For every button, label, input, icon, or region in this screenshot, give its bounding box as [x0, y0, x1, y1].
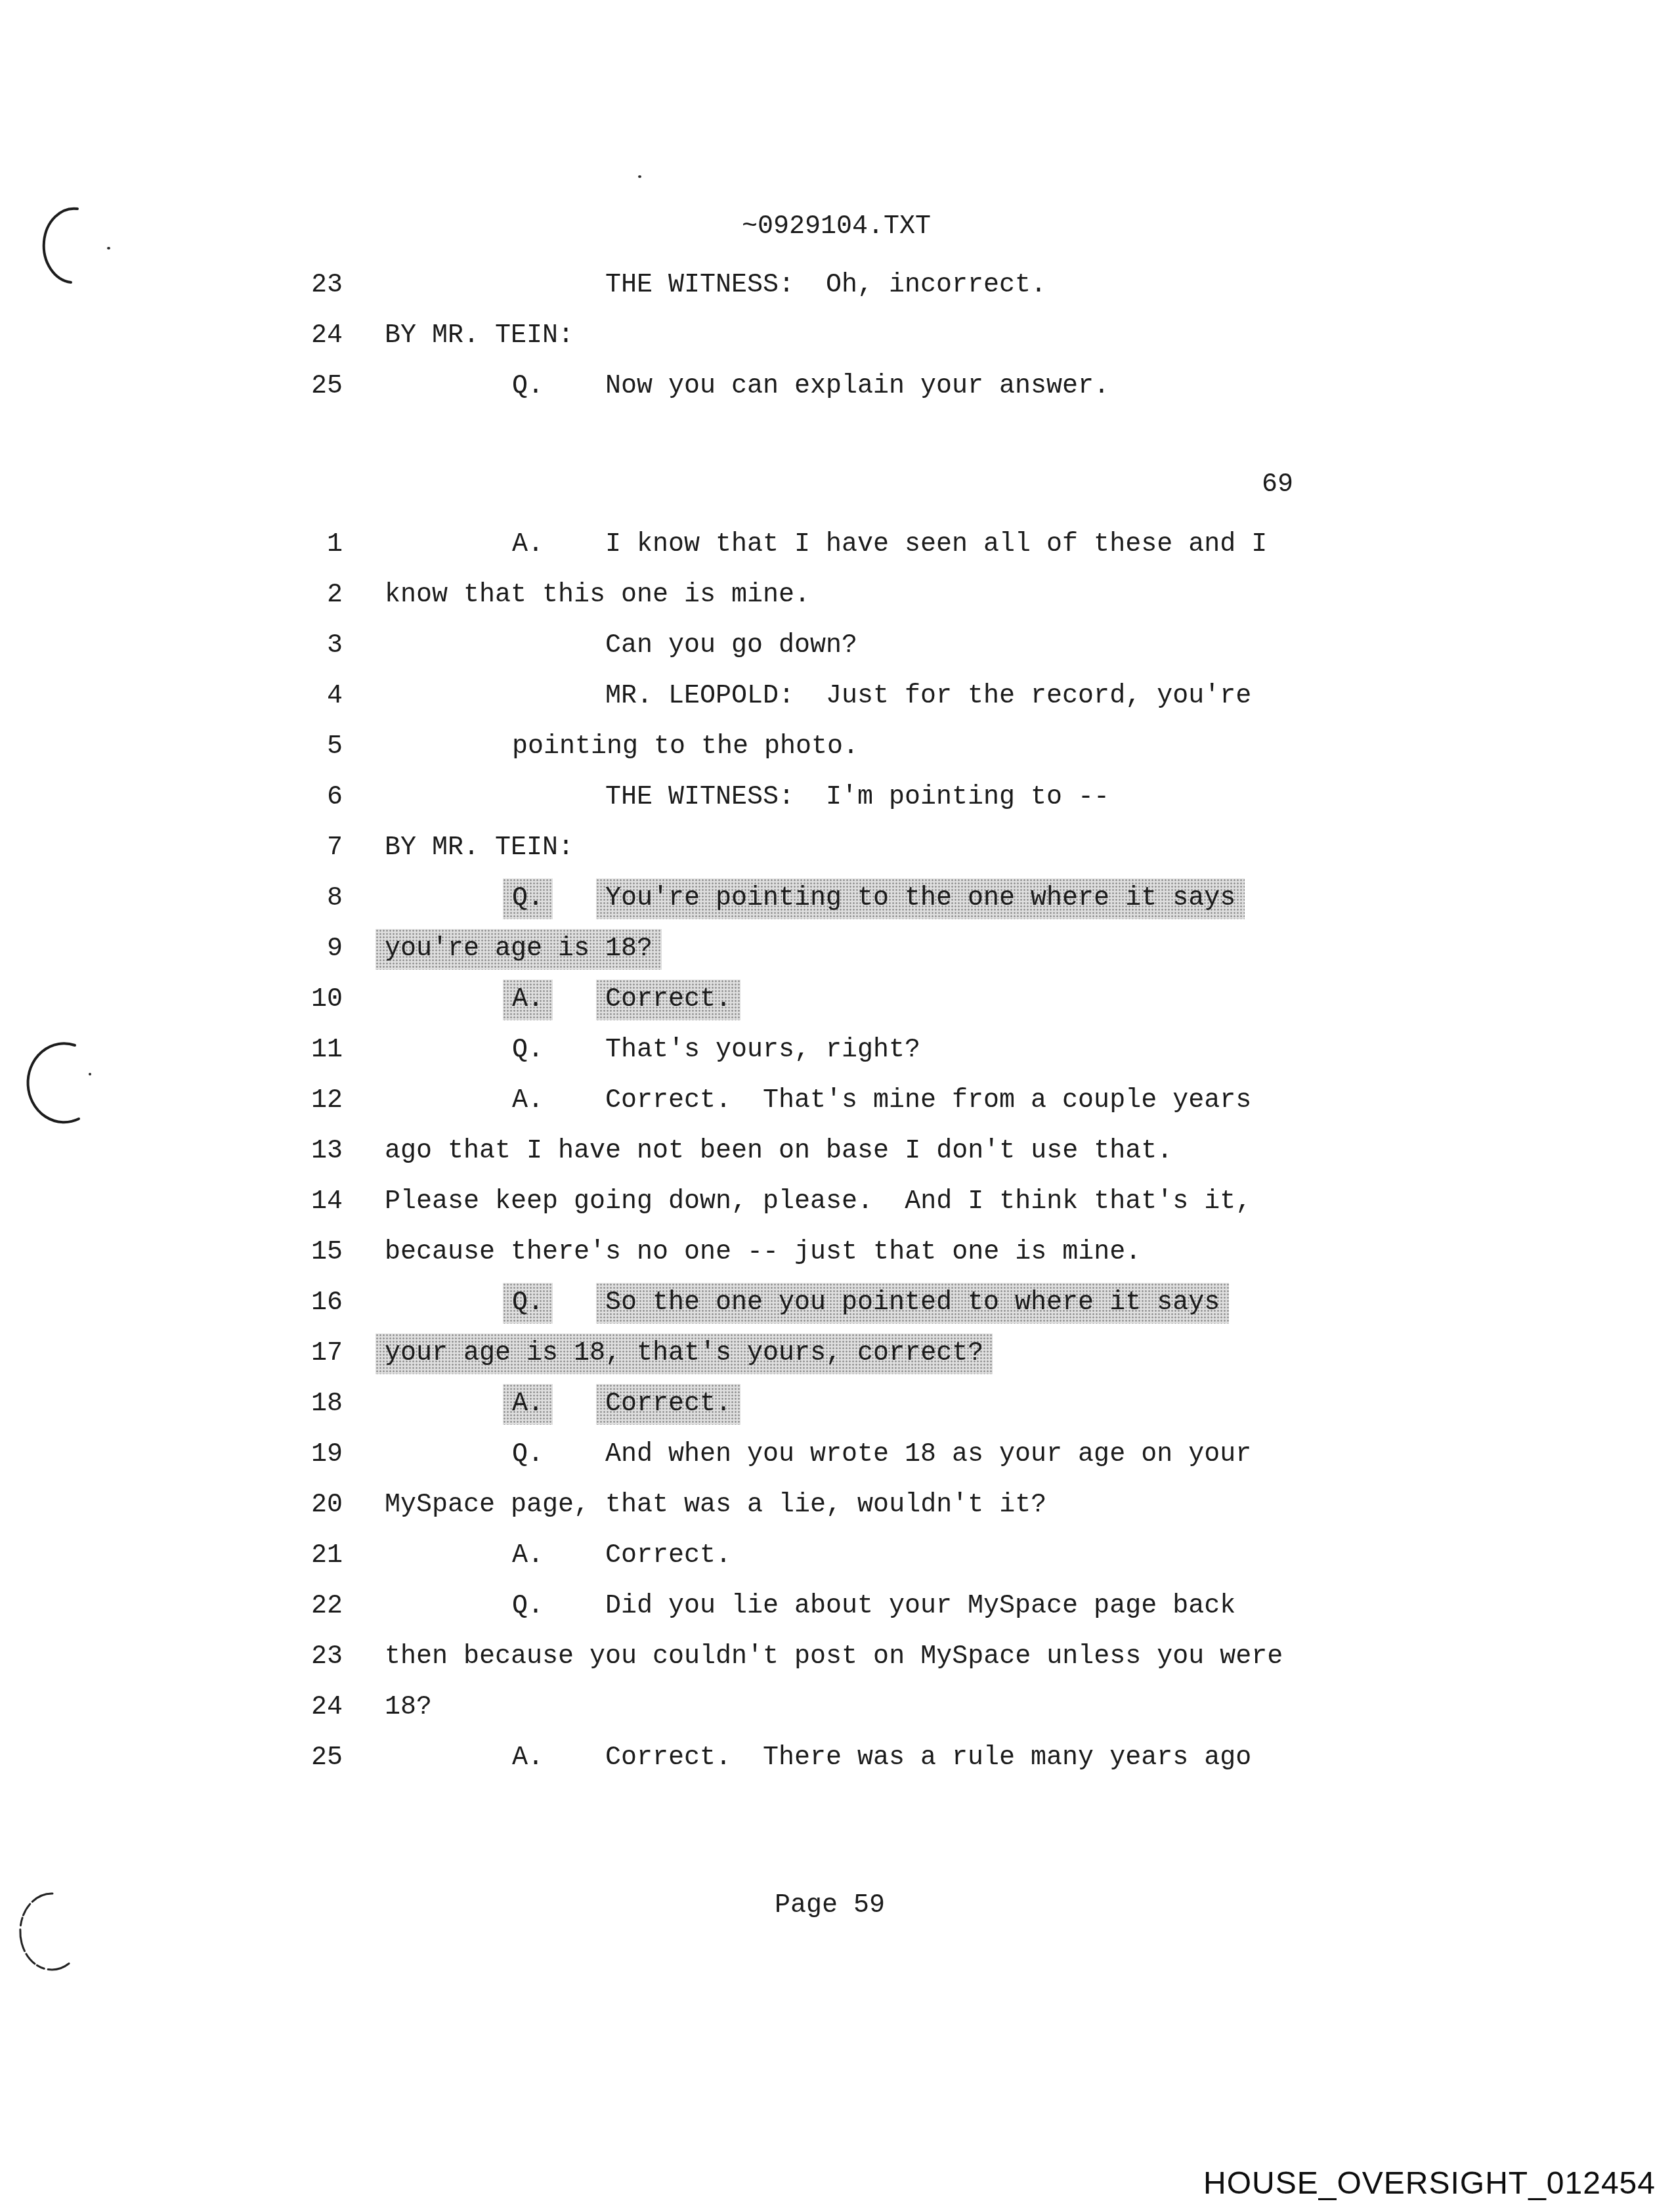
qa-marker: Q. — [503, 1030, 553, 1071]
scan-speck — [638, 175, 641, 178]
highlighted-text: you're age is 18? — [376, 929, 662, 970]
document-filename: ~0929104.TXT — [742, 212, 931, 242]
line-text: pointing to the photo. — [503, 727, 868, 768]
line-number: 17 — [269, 1334, 343, 1374]
transcript-line: 21 A. Correct. — [0, 1536, 1674, 1586]
line-number: 11 — [269, 1030, 343, 1071]
qa-marker: A. — [503, 1536, 553, 1576]
previous-page-lines: 23 THE WITNESS: Oh, incorrect. 24 BY MR.… — [0, 265, 1674, 417]
transcript-line: 2 know that this one is mine. — [0, 575, 1674, 626]
transcript-line: 23 then because you couldn't post on MyS… — [0, 1637, 1674, 1687]
line-text: BY MR. TEIN: — [376, 316, 583, 357]
transcript-line: 12 A. Correct. That's mine from a couple… — [0, 1081, 1674, 1131]
line-text: know that this one is mine. — [376, 575, 819, 616]
qa-marker: A. — [503, 1081, 553, 1121]
transcript-line: 24 BY MR. TEIN: — [0, 316, 1674, 366]
line-text: then because you couldn't post on MySpac… — [376, 1637, 1292, 1678]
line-text: That's yours, right? — [596, 1030, 930, 1071]
line-number: 7 — [269, 828, 343, 869]
line-number: 3 — [269, 626, 343, 666]
line-number: 16 — [269, 1283, 343, 1324]
line-text: Did you lie about your MySpace page back — [596, 1586, 1245, 1627]
line-text: Correct. There was a rule many years ago — [596, 1738, 1260, 1779]
transcript-page: ~0929104.TXT 69 23 THE WITNESS: Oh, inco… — [0, 0, 1674, 2212]
transcript-line: 5 pointing to the photo. — [0, 727, 1674, 777]
qa-marker-highlighted: A. — [503, 1384, 553, 1425]
transcript-line: 25 A. Correct. There was a rule many yea… — [0, 1738, 1674, 1789]
line-text: THE WITNESS: Oh, incorrect. — [596, 265, 1056, 306]
line-number: 18 — [269, 1384, 343, 1425]
line-text: And when you wrote 18 as your age on you… — [596, 1435, 1260, 1475]
transcript-line: 14 Please keep going down, please. And I… — [0, 1182, 1674, 1232]
line-number: 4 — [269, 676, 343, 717]
line-number: 8 — [269, 878, 343, 919]
transcript-line-highlighted: 17 your age is 18, that's yours, correct… — [0, 1334, 1674, 1384]
transcript-line: 1 A. I know that I have seen all of thes… — [0, 525, 1674, 575]
line-text: THE WITNESS: I'm pointing to -- — [596, 777, 1119, 818]
line-number: 23 — [269, 1637, 343, 1678]
qa-marker: Q. — [503, 366, 553, 407]
line-text: 18? — [376, 1687, 441, 1728]
line-number: 23 — [269, 265, 343, 306]
line-text: BY MR. TEIN: — [376, 828, 583, 869]
transcript-line-highlighted: 9 you're age is 18? — [0, 929, 1674, 980]
line-text: I know that I have seen all of these and… — [596, 525, 1276, 565]
line-number: 9 — [269, 929, 343, 970]
line-number: 14 — [269, 1182, 343, 1223]
transcript-line: 6 THE WITNESS: I'm pointing to -- — [0, 777, 1674, 828]
transcript-line: 23 THE WITNESS: Oh, incorrect. — [0, 265, 1674, 316]
line-number: 12 — [269, 1081, 343, 1121]
line-number: 25 — [269, 366, 343, 407]
qa-marker-highlighted: Q. — [503, 1283, 553, 1324]
qa-marker: A. — [503, 1738, 553, 1779]
transcript-line: 22 Q. Did you lie about your MySpace pag… — [0, 1586, 1674, 1637]
line-number: 21 — [269, 1536, 343, 1576]
transcript-line: 7 BY MR. TEIN: — [0, 828, 1674, 878]
hole-punch-mark — [7, 1884, 102, 1980]
line-number: 19 — [269, 1435, 343, 1475]
line-number: 15 — [269, 1232, 343, 1273]
line-text: MySpace page, that was a lie, wouldn't i… — [376, 1485, 1056, 1526]
transcript-line-highlighted: 8 Q. You're pointing to the one where it… — [0, 878, 1674, 929]
line-text: MR. LEOPOLD: Just for the record, you're — [596, 676, 1260, 717]
page-footer-label: Page 59 — [775, 1891, 885, 1920]
line-number: 24 — [269, 1687, 343, 1728]
qa-marker: Q. — [503, 1586, 553, 1627]
highlighted-text: So the one you pointed to where it says — [596, 1283, 1229, 1324]
qa-marker: Q. — [503, 1435, 553, 1475]
line-number: 20 — [269, 1485, 343, 1526]
qa-marker-highlighted: Q. — [503, 878, 553, 919]
transcript-line-highlighted: 16 Q. So the one you pointed to where it… — [0, 1283, 1674, 1334]
bates-number: HOUSE_OVERSIGHT_012454 — [1203, 2165, 1656, 2201]
line-text: because there's no one -- just that one … — [376, 1232, 1150, 1273]
line-text: Correct. That's mine from a couple years — [596, 1081, 1260, 1121]
line-text: Please keep going down, please. And I th… — [376, 1182, 1260, 1223]
line-number: 25 — [269, 1738, 343, 1779]
highlighted-text: Correct. — [596, 1384, 740, 1425]
line-number: 2 — [269, 575, 343, 616]
transcript-page-number: 69 — [1262, 470, 1293, 500]
transcript-line: 13 ago that I have not been on base I do… — [0, 1131, 1674, 1182]
line-text: Can you go down? — [596, 626, 867, 666]
qa-marker-highlighted: A. — [503, 980, 553, 1020]
transcript-line-highlighted: 10 A. Correct. — [0, 980, 1674, 1030]
transcript-line: 11 Q. That's yours, right? — [0, 1030, 1674, 1081]
line-number: 5 — [269, 727, 343, 768]
transcript-line: 15 because there's no one -- just that o… — [0, 1232, 1674, 1283]
transcript-body: 1 A. I know that I have seen all of thes… — [0, 525, 1674, 1789]
highlighted-text: your age is 18, that's yours, correct? — [376, 1334, 993, 1374]
highlighted-text: Correct. — [596, 980, 740, 1020]
line-text: ago that I have not been on base I don't… — [376, 1131, 1182, 1172]
transcript-line: 20 MySpace page, that was a lie, wouldn'… — [0, 1485, 1674, 1536]
transcript-line: 24 18? — [0, 1687, 1674, 1738]
line-number: 6 — [269, 777, 343, 818]
line-number: 10 — [269, 980, 343, 1020]
transcript-line: 25 Q. Now you can explain your answer. — [0, 366, 1674, 417]
line-number: 22 — [269, 1586, 343, 1627]
line-number: 13 — [269, 1131, 343, 1172]
transcript-line-highlighted: 18 A. Correct. — [0, 1384, 1674, 1435]
highlighted-text: You're pointing to the one where it says — [596, 878, 1245, 919]
transcript-line: 4 MR. LEOPOLD: Just for the record, you'… — [0, 676, 1674, 727]
line-number: 24 — [269, 316, 343, 357]
scan-speck — [107, 247, 110, 249]
line-text: Correct. — [596, 1536, 740, 1576]
transcript-line: 19 Q. And when you wrote 18 as your age … — [0, 1435, 1674, 1485]
line-number: 1 — [269, 525, 343, 565]
transcript-line: 3 Can you go down? — [0, 626, 1674, 676]
qa-marker: A. — [503, 525, 553, 565]
line-text: Now you can explain your answer. — [596, 366, 1119, 407]
